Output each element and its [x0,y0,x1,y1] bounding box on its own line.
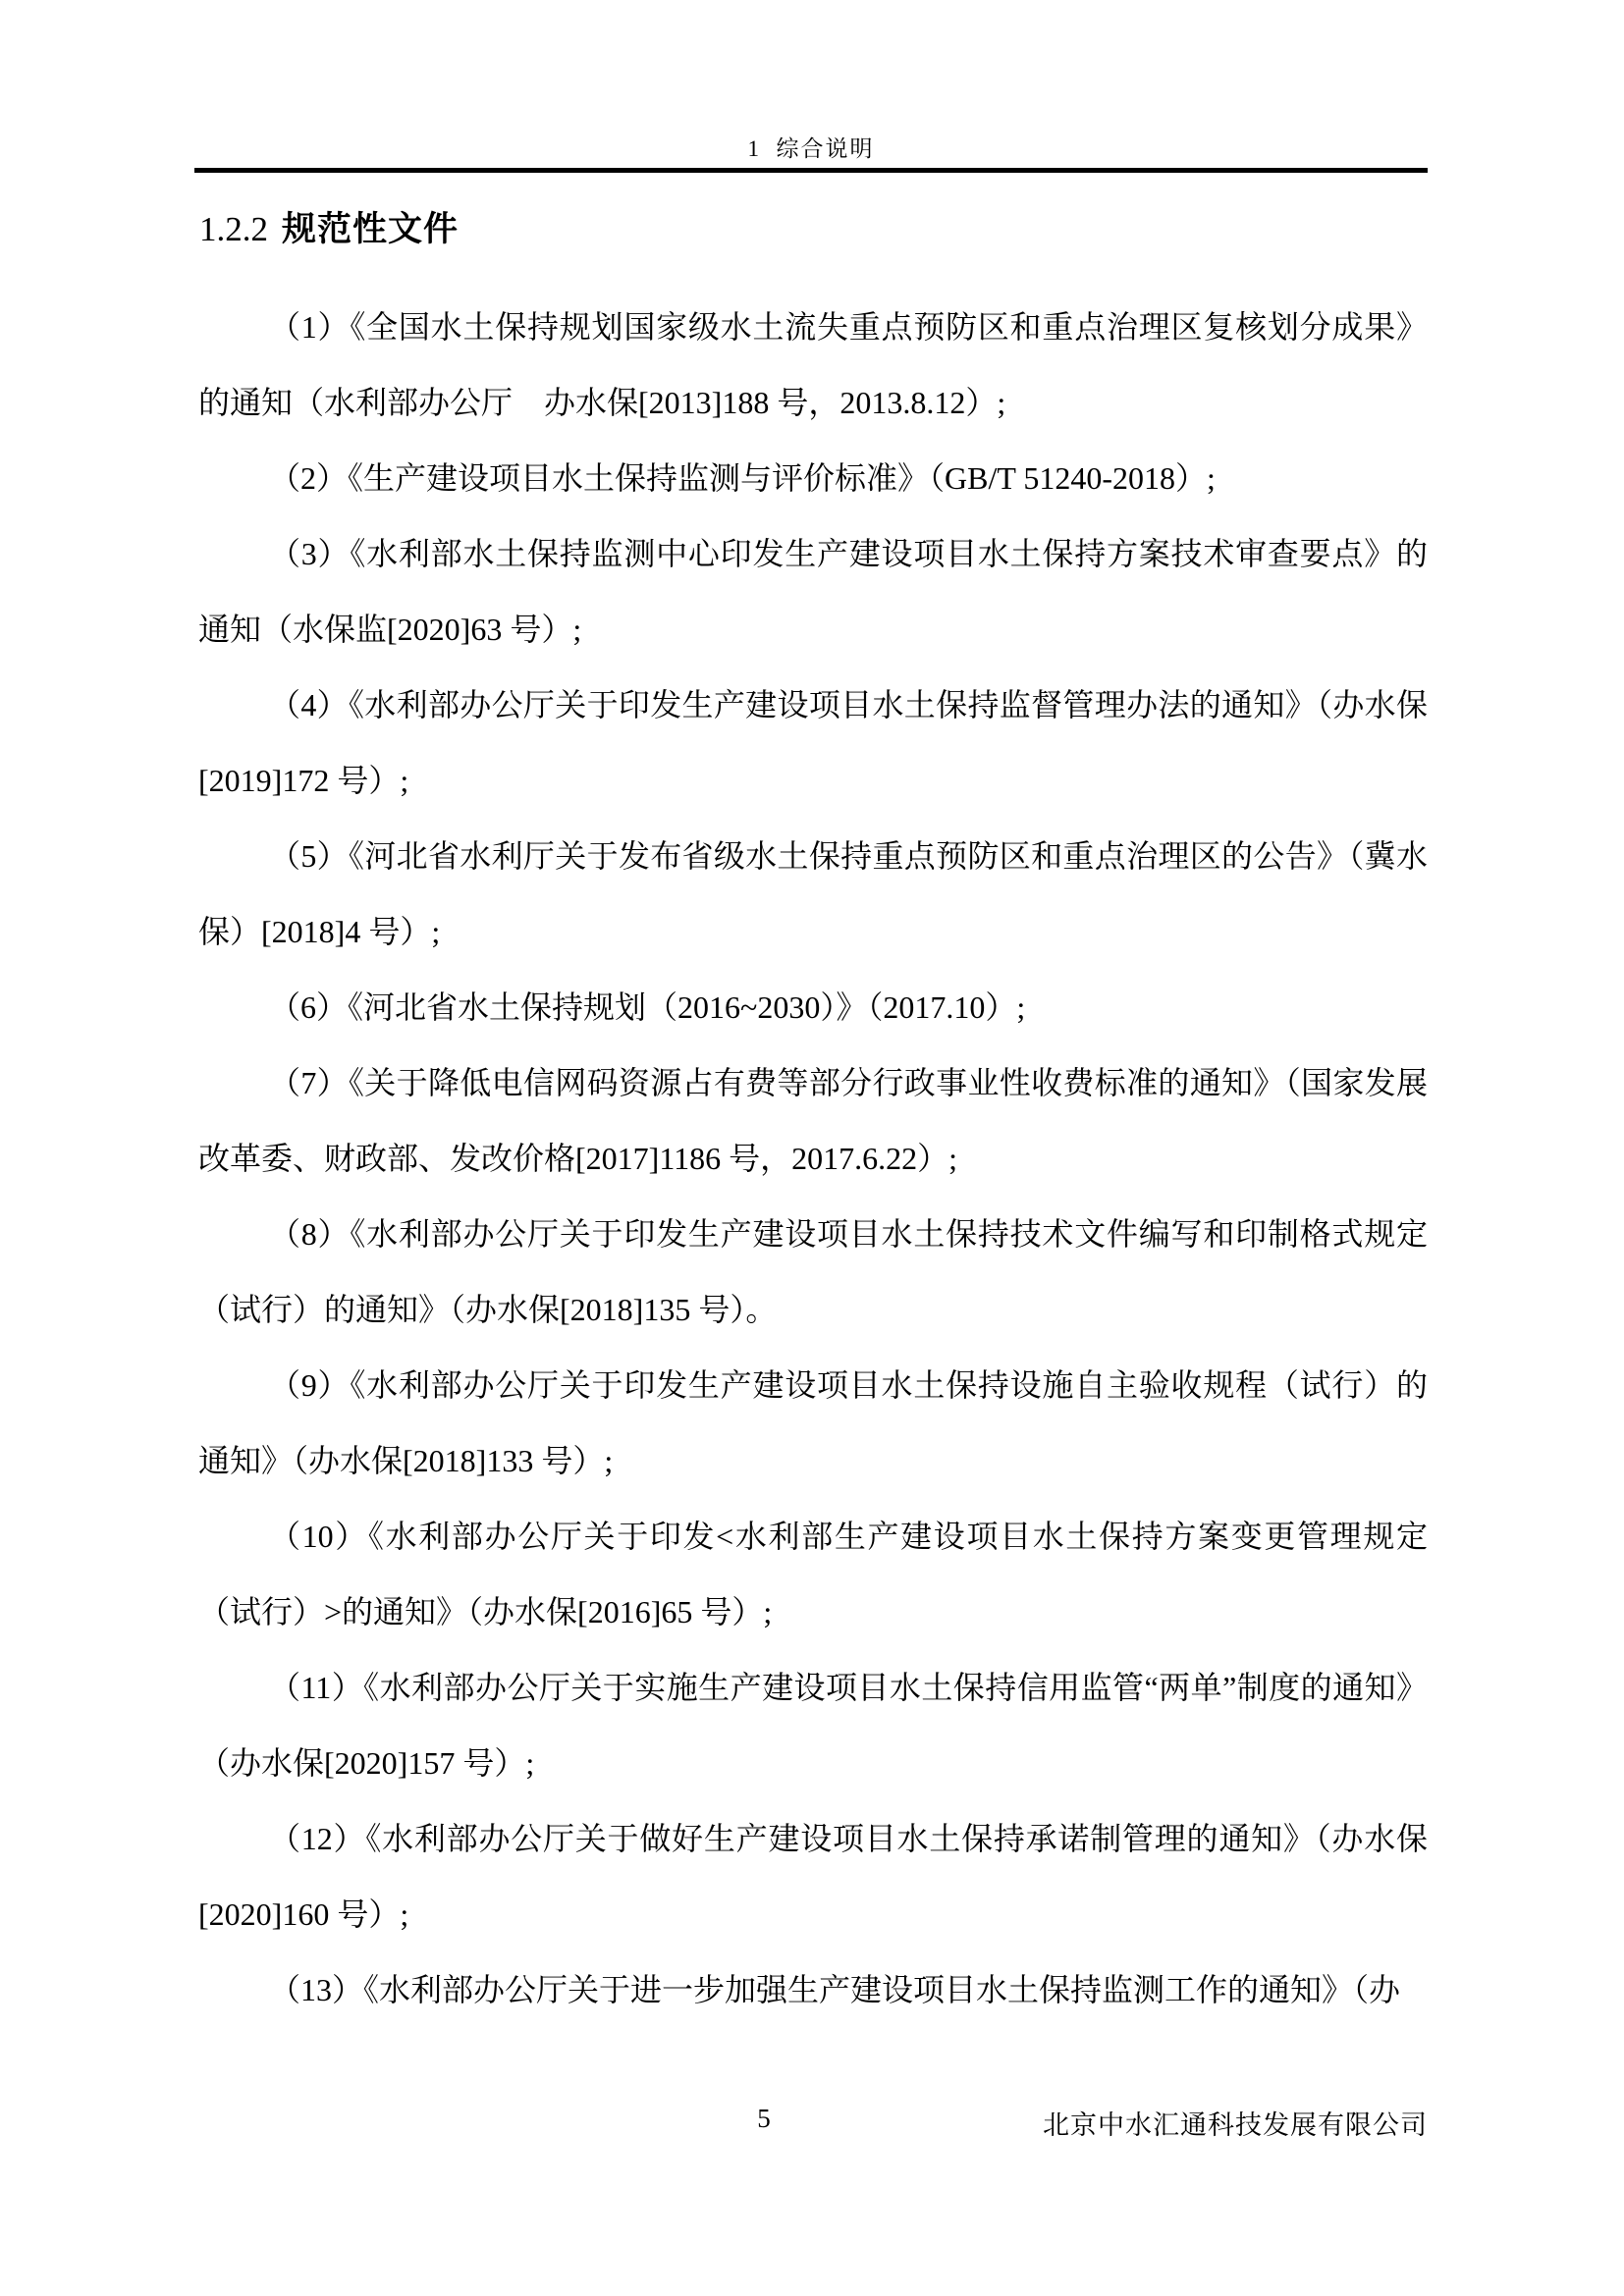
footer-company-name: 北京中水汇通科技发展有限公司 [1043,2104,1428,2142]
reference-item-9: （9）《水利部办公厅关于印发生产建设项目水土保持设施自主验收规程（试行）的通知》… [198,1348,1428,1499]
reference-item-13: （13）《水利部办公厅关于进一步加强生产建设项目水土保持监测工作的通知》（办 [198,1952,1428,2028]
reference-item-8: （8）《水利部办公厅关于印发生产建设项目水土保持技术文件编写和印制格式规定（试行… [198,1197,1428,1348]
reference-item-2: （2）《生产建设项目水土保持监测与评价标准》（GB/T 51240-2018）; [198,441,1428,516]
reference-item-5: （5）《河北省水利厅关于发布省级水土保持重点预防区和重点治理区的公告》（冀水保）… [198,819,1428,970]
section-number: 1.2.2 [199,210,268,248]
section-heading: 1.2.2规范性文件 [199,202,459,251]
reference-item-4: （4）《水利部办公厅关于印发生产建设项目水土保持监督管理办法的通知》（办水保[2… [198,667,1428,819]
references-list: （1）《全国水土保持规划国家级水土流失重点预防区和重点治理区复核划分成果》的通知… [198,290,1428,2028]
running-head-chapter: 1 综合说明 [194,131,1428,163]
page-footer: 5 北京中水汇通科技发展有限公司 [194,2104,1428,2143]
reference-item-3: （3）《水利部水土保持监测中心印发生产建设项目水土保持方案技术审查要点》的通知（… [198,516,1428,667]
reference-item-6: （6）《河北省水土保持规划（2016~2030）》（2017.10）; [198,970,1428,1045]
reference-item-7: （7）《关于降低电信网码资源占有费等部分行政事业性收费标准的通知》（国家发展改革… [198,1045,1428,1197]
reference-item-1: （1）《全国水土保持规划国家级水土流失重点预防区和重点治理区复核划分成果》的通知… [198,290,1428,441]
document-page: 1 综合说明 1.2.2规范性文件 （1）《全国水土保持规划国家级水土流失重点预… [0,0,1624,2296]
reference-item-10: （10）《水利部办公厅关于印发<水利部生产建设项目水土保持方案变更管理规定（试行… [198,1499,1428,1650]
reference-item-11: （11）《水利部办公厅关于实施生产建设项目水土保持信用监管“两单”制度的通知》（… [198,1650,1428,1801]
reference-item-12: （12）《水利部办公厅关于做好生产建设项目水土保持承诺制管理的通知》（办水保[2… [198,1801,1428,1952]
section-title: 规范性文件 [282,210,459,248]
header-rule [194,168,1428,173]
